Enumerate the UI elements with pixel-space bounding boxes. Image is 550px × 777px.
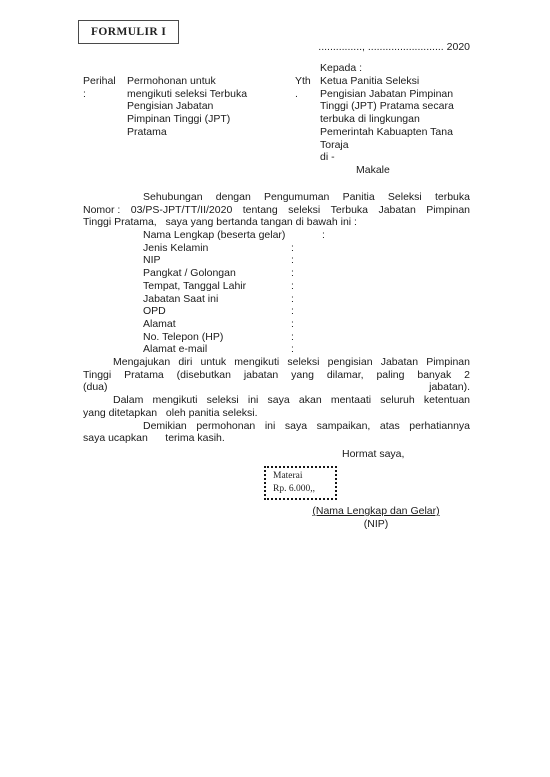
field-colon: : bbox=[291, 280, 294, 293]
field-colon: : bbox=[291, 318, 294, 331]
yth-dot: . bbox=[295, 88, 311, 101]
document-page: FORMULIR I ..............., ............… bbox=[0, 0, 550, 777]
recipient-block: Ketua Panitia SeleksiPengisian Jabatan P… bbox=[320, 75, 480, 177]
word: Pengumuman bbox=[264, 191, 329, 204]
word: mengikuti bbox=[234, 356, 279, 369]
signature-name-placeholder: (Nama Lengkap dan Gelar) bbox=[306, 505, 446, 517]
text-line: Pratama bbox=[127, 126, 247, 139]
word: terbuka bbox=[435, 191, 470, 204]
form-field-row: Alamat: bbox=[143, 318, 470, 331]
field-colon: : bbox=[291, 331, 294, 344]
field-colon: : bbox=[291, 293, 294, 306]
compliance-paragraph: Dalammengikutiseleksiinisayaakanmentaati… bbox=[83, 394, 470, 419]
yth-label: Yth bbox=[295, 75, 311, 88]
text-line: Pemerintah Kabuapten Tana bbox=[320, 126, 480, 139]
text-line: saya ucapkan terima kasih. bbox=[83, 432, 470, 445]
word: mentaati bbox=[331, 394, 371, 407]
word: seleksi bbox=[288, 204, 320, 217]
text-line: di - bbox=[320, 151, 480, 164]
perihal-colon: : bbox=[83, 88, 116, 101]
text-line: Ketua Panitia Seleksi bbox=[320, 75, 480, 88]
text-line: mengikuti seleksi Terbuka bbox=[127, 88, 247, 101]
word: 2 bbox=[464, 369, 470, 382]
word: tentang bbox=[243, 204, 278, 217]
text-line: Demikianpermohonaninisayasampaikan,atasp… bbox=[83, 420, 470, 433]
field-colon: : bbox=[291, 254, 294, 267]
field-label: Alamat bbox=[143, 318, 291, 331]
word: Terbuka bbox=[331, 204, 368, 217]
text-line: (dua)jabatan). bbox=[83, 381, 470, 394]
field-label: OPD bbox=[143, 305, 291, 318]
word: dengan bbox=[216, 191, 251, 204]
word: perhatiannya bbox=[409, 420, 470, 433]
word: Seleksi bbox=[388, 191, 422, 204]
word: akan bbox=[299, 394, 322, 407]
word: Panitia bbox=[343, 191, 375, 204]
word: banyak bbox=[417, 369, 451, 382]
text-line: Rp. 6.000,, bbox=[273, 483, 331, 496]
field-label: Jabatan Saat ini bbox=[143, 293, 291, 306]
word: pengisian bbox=[328, 356, 373, 369]
text-line: yang ditetapkan oleh panitia seleksi. bbox=[83, 407, 470, 420]
word: ini bbox=[265, 420, 276, 433]
signature-closing: Hormat saya, bbox=[342, 448, 404, 460]
word: Jabatan bbox=[378, 204, 415, 217]
word: Mengajukan bbox=[113, 356, 170, 369]
word: ini bbox=[248, 394, 259, 407]
field-label: Jenis Kelamin bbox=[143, 242, 291, 255]
text-line: Makale bbox=[320, 164, 480, 177]
application-paragraph: Mengajukandiriuntukmengikutiseleksipengi… bbox=[83, 356, 470, 394]
form-field-row: NIP: bbox=[143, 254, 470, 267]
subject-block: Permohonan untukmengikuti seleksi Terbuk… bbox=[127, 75, 247, 139]
word: Tinggi bbox=[83, 369, 111, 382]
form-field-row: Pangkat / Golongan: bbox=[143, 267, 470, 280]
field-colon: : bbox=[291, 305, 294, 318]
form-field-row: Jenis Kelamin: bbox=[143, 242, 470, 255]
text-line: Pengisian Jabatan Pimpinan bbox=[320, 88, 480, 101]
word: paling bbox=[376, 369, 404, 382]
text-line: Pimpinan Tinggi (JPT) bbox=[127, 113, 247, 126]
field-colon: : bbox=[291, 242, 294, 255]
form-field-row: Jabatan Saat ini: bbox=[143, 293, 470, 306]
word: Demikian bbox=[143, 420, 187, 433]
word: seleksi bbox=[207, 394, 239, 407]
field-label: Tempat, Tanggal Lahir bbox=[143, 280, 291, 293]
word: dilamar, bbox=[327, 369, 364, 382]
kepada-label: Kepada : bbox=[320, 62, 362, 75]
text-line: Permohonan untuk bbox=[127, 75, 247, 88]
field-colon: : bbox=[291, 343, 294, 356]
word: Pratama bbox=[124, 369, 164, 382]
word: Dalam bbox=[113, 394, 143, 407]
applicant-fields-list: Nama Lengkap (beserta gelar):Jenis Kelam… bbox=[83, 229, 470, 356]
yth-block: Yth . bbox=[295, 75, 311, 100]
text-line: Pengisian Jabatan bbox=[127, 100, 247, 113]
word: jabatan bbox=[244, 369, 278, 382]
field-label: Alamat e-mail bbox=[143, 343, 291, 356]
word: saya bbox=[268, 394, 290, 407]
field-label: Pangkat / Golongan bbox=[143, 267, 291, 280]
word: Jabatan bbox=[381, 356, 418, 369]
perihal-label: Perihal bbox=[83, 75, 116, 88]
form-field-row: Tempat, Tanggal Lahir: bbox=[143, 280, 470, 293]
text-line: Toraja bbox=[320, 139, 480, 152]
form-label: FORMULIR I bbox=[91, 26, 166, 38]
form-field-row: No. Telepon (HP): bbox=[143, 331, 470, 344]
field-label: NIP bbox=[143, 254, 291, 267]
word: 03/PS-JPT/TT/II/2020 bbox=[131, 204, 233, 217]
text-line: Tinggi (JPT) Pratama secara bbox=[320, 100, 480, 113]
text-line: Nomor :03/PS-JPT/TT/II/2020tentangseleks… bbox=[83, 204, 470, 217]
text-line: Dalammengikutiseleksiinisayaakanmentaati… bbox=[83, 394, 470, 407]
field-label: No. Telepon (HP) bbox=[143, 331, 291, 344]
date-placeholder-line: ..............., .......................… bbox=[83, 41, 470, 53]
closing-paragraph: Demikianpermohonaninisayasampaikan,atasp… bbox=[83, 420, 470, 445]
word: saya bbox=[285, 420, 307, 433]
text-line: Tinggi Pratama, saya yang bertanda tanga… bbox=[83, 216, 470, 229]
text-line: TinggiPratama(disebutkanjabatanyangdilam… bbox=[83, 369, 470, 382]
word: seluruh bbox=[380, 394, 414, 407]
word: seleksi bbox=[287, 356, 319, 369]
form-field-row: Nama Lengkap (beserta gelar): bbox=[143, 229, 470, 242]
field-colon: : bbox=[322, 229, 325, 242]
word: Pimpinan bbox=[426, 356, 470, 369]
word: permohonan bbox=[196, 420, 255, 433]
word: yang bbox=[291, 369, 314, 382]
form-field-row: Alamat e-mail: bbox=[143, 343, 470, 356]
signature-nip-placeholder: (NIP) bbox=[306, 518, 446, 530]
word: Sehubungan bbox=[143, 191, 203, 204]
word: sampaikan, bbox=[317, 420, 371, 433]
word: untuk bbox=[200, 356, 226, 369]
word: diri bbox=[178, 356, 192, 369]
word: jabatan). bbox=[429, 381, 470, 394]
word: Nomor : bbox=[83, 204, 120, 217]
word: (disebutkan bbox=[177, 369, 231, 382]
perihal-block: Perihal : bbox=[83, 75, 116, 100]
opening-paragraph: SehubungandenganPengumumanPanitiaSeleksi… bbox=[83, 191, 470, 229]
materai-stamp-box: MateraiRp. 6.000,, bbox=[264, 466, 337, 500]
word: Pimpinan bbox=[426, 204, 470, 217]
text-line: SehubungandenganPengumumanPanitiaSeleksi… bbox=[83, 191, 470, 204]
field-colon: : bbox=[291, 267, 294, 280]
text-line: Materai bbox=[273, 470, 331, 483]
word: (dua) bbox=[83, 381, 108, 394]
field-label: Nama Lengkap (beserta gelar) bbox=[143, 229, 322, 242]
text-line: terbuka di lingkungan bbox=[320, 113, 480, 126]
text-line: Mengajukandiriuntukmengikutiseleksipengi… bbox=[83, 356, 470, 369]
word: atas bbox=[380, 420, 400, 433]
form-field-row: OPD: bbox=[143, 305, 470, 318]
letter-body: SehubungandenganPengumumanPanitiaSeleksi… bbox=[83, 191, 470, 445]
word: ketentuan bbox=[424, 394, 470, 407]
word: mengikuti bbox=[153, 394, 198, 407]
